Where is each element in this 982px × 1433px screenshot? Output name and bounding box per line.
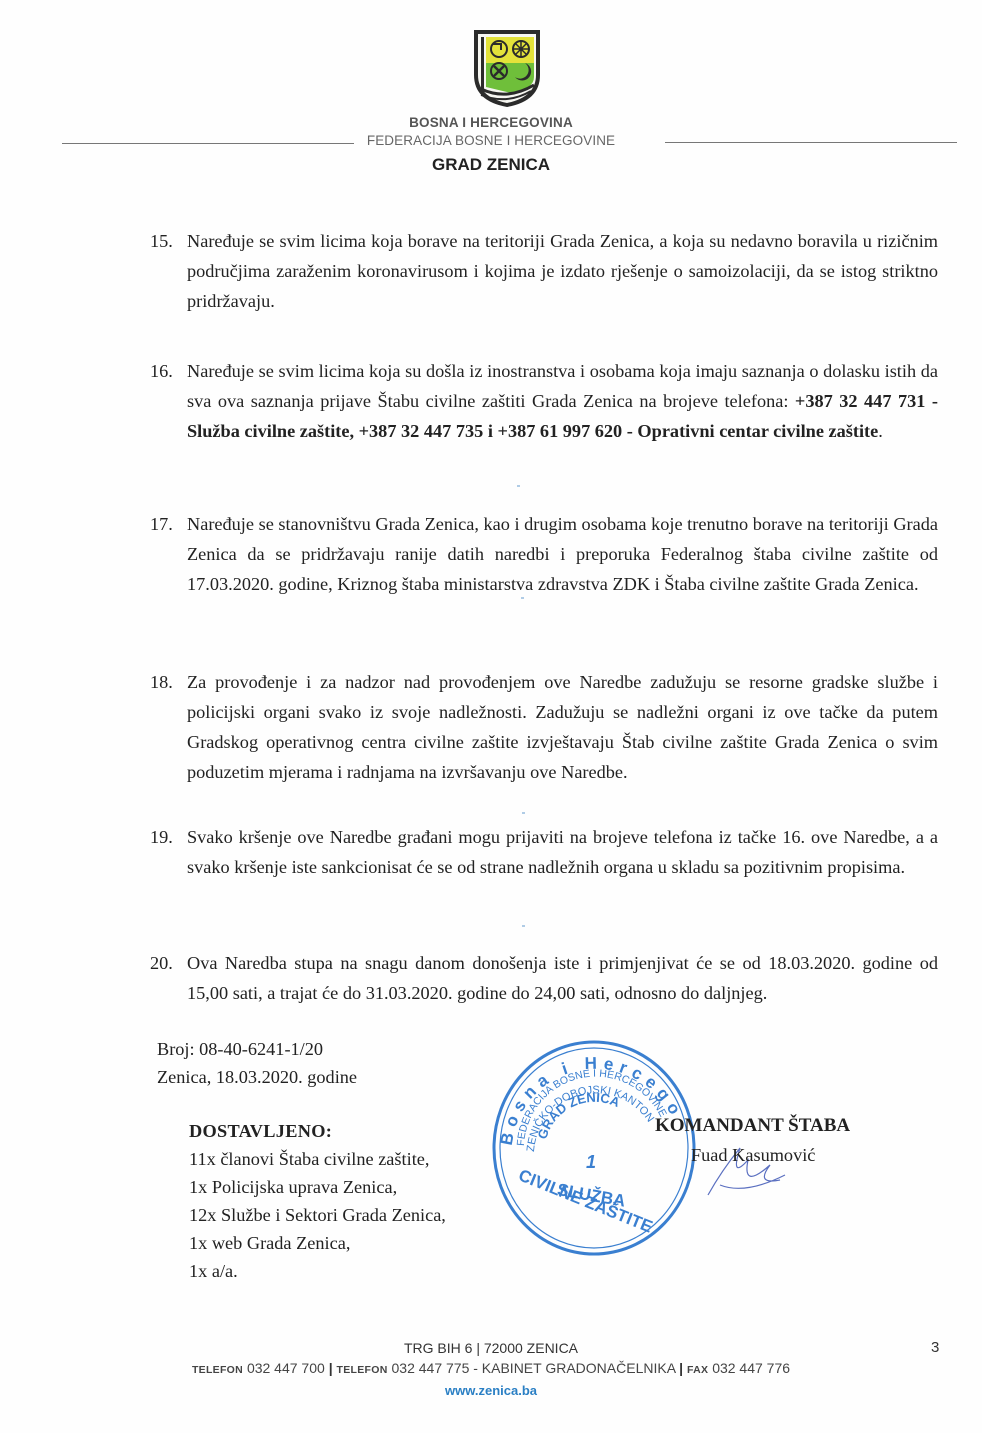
footer-contacts: TELEFON 032 447 700 | TELEFON 032 447 77… [0, 1360, 982, 1376]
document-page: BOSNA I HERCEGOVINA FEDERACIJA BOSNE I H… [0, 0, 982, 1433]
stamp-number: 1 [586, 1152, 596, 1172]
header-city: GRAD ZENICA [0, 155, 982, 175]
order-item-16: 16. Naređuje se svim licima koja su došl… [150, 356, 938, 446]
footer-fax-label: FAX [687, 1364, 708, 1376]
distribution-recipient: 12x Službe i Sektori Grada Zenica, [189, 1201, 446, 1229]
footer-phone: 032 447 700 [247, 1360, 325, 1376]
footer-phone-label: TELEFON [192, 1364, 243, 1376]
signatory-name: Fuad Kasumović [691, 1145, 815, 1166]
header-country: BOSNA I HERCEGOVINA [0, 115, 982, 130]
order-item-19: 19. Svako kršenje ove Naredbe građani mo… [150, 822, 938, 882]
document-number: Broj: 08-40-6241-1/20 [157, 1035, 323, 1063]
item-number: 18. [150, 667, 173, 697]
item-text: Za provođenje i za nadzor nad provođenje… [187, 667, 938, 787]
item-number: 17. [150, 509, 173, 539]
distribution-recipient: 11x članovi Štaba civilne zaštite, [189, 1145, 446, 1173]
distribution-recipient: 1x web Grada Zenica, [189, 1229, 446, 1257]
footer-separator: | [329, 1360, 333, 1376]
order-item-20: 20. Ova Naredba stupa na snagu danom don… [150, 948, 938, 1008]
scan-speck [522, 812, 525, 814]
item-text: Naređuje se svim licima koja borave na t… [187, 226, 938, 316]
item-text: Ova Naredba stupa na snagu danom donošen… [187, 948, 938, 1008]
item-text-end: . [878, 421, 883, 441]
header-federation: FEDERACIJA BOSNE I HERCEGOVINE [0, 133, 982, 148]
scan-speck [521, 597, 524, 599]
coat-of-arms-icon [471, 27, 543, 109]
distribution-heading: DOSTAVLJENO: [189, 1117, 446, 1145]
item-text: Naređuje se stanovništvu Grada Zenica, k… [187, 509, 938, 599]
footer-fax: 032 447 776 [712, 1360, 790, 1376]
page-number: 3 [931, 1339, 939, 1356]
distribution-recipient: 1x a/a. [189, 1257, 446, 1285]
footer-phone-label: TELEFON [337, 1364, 388, 1376]
scan-speck [522, 925, 525, 927]
footer-separator: | [679, 1360, 683, 1376]
official-stamp-icon: Bosna i Hercegovina FEDERACIJA BOSNE I H… [486, 1028, 702, 1260]
footer-phone-mayor: 032 447 775 - KABINET GRADONAČELNIKA [392, 1360, 676, 1376]
item-number: 16. [150, 356, 173, 386]
item-number: 15. [150, 226, 173, 256]
footer-address: TRG BIH 6 | 72000 ZENICA [0, 1340, 982, 1356]
item-number: 20. [150, 948, 173, 978]
order-item-15: 15. Naređuje se svim licima koja borave … [150, 226, 938, 316]
order-item-17: 17. Naređuje se stanovništvu Grada Zenic… [150, 509, 938, 599]
scan-speck [517, 485, 520, 487]
item-number: 19. [150, 822, 173, 852]
stamp-text-civil: CIVILNE ZAŠTITE [516, 1166, 655, 1237]
item-text: Naređuje se svim licima koja su došla iz… [187, 356, 938, 446]
order-item-18: 18. Za provođenje i za nadzor nad provođ… [150, 667, 938, 787]
distribution-list: DOSTAVLJENO: 11x članovi Štaba civilne z… [189, 1117, 446, 1285]
item-text: Svako kršenje ove Naredbe građani mogu p… [187, 822, 938, 882]
document-place-date: Zenica, 18.03.2020. godine [157, 1063, 357, 1091]
header-rule-right [665, 142, 957, 143]
footer-website-link[interactable]: www.zenica.ba [0, 1383, 982, 1398]
signatory-title: KOMANDANT ŠTABA [655, 1115, 850, 1137]
distribution-recipient: 1x Policijska uprava Zenica, [189, 1173, 446, 1201]
